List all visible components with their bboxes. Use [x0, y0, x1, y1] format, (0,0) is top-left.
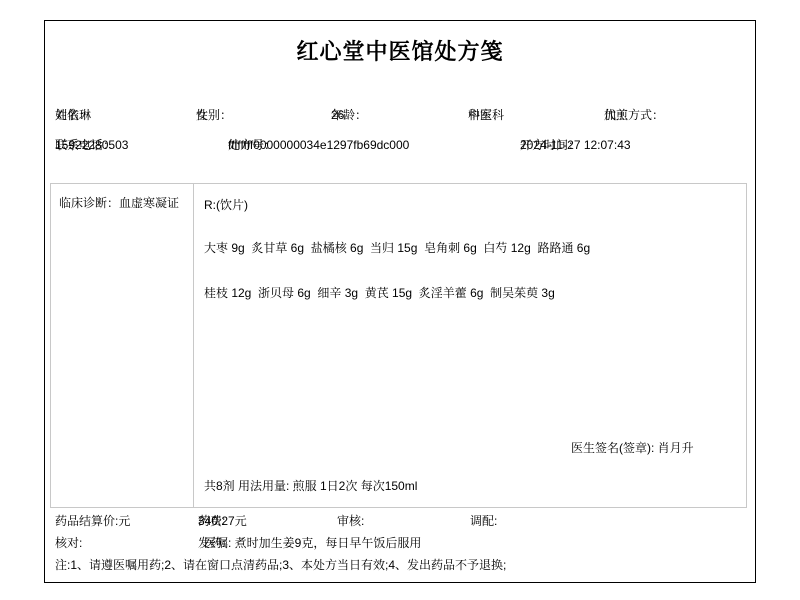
rx-header: R:(饮片)	[204, 196, 248, 213]
footer-row-3: 注:1、请遵医嘱用药;2、请在窗口点清药品;3、本处方当日有效;4、发出药品不予…	[45, 557, 755, 573]
check-field: 核对:	[55, 535, 82, 551]
diagnosis-cell: 临床诊断：血虚寒凝证	[51, 184, 194, 507]
phone-value: 15922280503	[55, 137, 128, 153]
patient-age-value: 26	[331, 107, 344, 123]
prescription-page: 红心堂中医馆处方笺 姓名：刘依琳 性别：女 年龄：26 科室：中医科 加工方式：…	[0, 0, 800, 600]
dispense-field: 调配:	[470, 513, 497, 529]
prescription-sheet: 红心堂中医馆处方笺 姓名：刘依琳 性别：女 年龄：26 科室：中医科 加工方式：…	[44, 20, 756, 583]
patient-name-value: 刘依琳	[55, 107, 91, 123]
diagnosis-value: 血虚寒凝证	[119, 196, 179, 210]
herb-line: 桂枝 12g 浙贝母 6g 细辛 3g 黄芪 15g 炙淫羊藿 6g 制吴茱萸 …	[204, 285, 738, 302]
issue-time-value: 2024-11-27 12:07:43	[520, 137, 631, 153]
settle-price-field: 药品结算价:元	[55, 513, 130, 529]
note-line: 注:1、请遵医嘱用药;2、请在窗口点清药品;3、本处方当日有效;4、发出药品不予…	[55, 557, 506, 573]
diagnosis-label: 临床诊断：	[59, 196, 119, 210]
herb-lines: 大枣 9g 炙甘草 6g 盐橘核 6g 当归 15g 皂角刺 6g 白芍 12g…	[204, 240, 738, 330]
patient-info-row-1: 姓名：刘依琳 性别：女 年龄：26 科室：中医科 加工方式：代煎	[45, 107, 755, 123]
footer-row-2: 核对: 发药:	[45, 535, 755, 551]
footer-row-1: 药品结算价:元 药费: 340.27元 审核: 调配:	[45, 513, 755, 529]
fee-value: 340.27元	[198, 513, 247, 529]
prescription-no-value: ffffffff0000000034e1297fb69dc000	[228, 137, 409, 153]
patient-gender-value: 女	[196, 107, 208, 123]
dosage-line: 共8剂 用法用量: 煎服 1日2次 每次150ml	[204, 477, 574, 496]
page-title: 红心堂中医馆处方笺	[45, 35, 755, 66]
herb-line: 大枣 9g 炙甘草 6g 盐橘核 6g 当归 15g 皂角刺 6g 白芍 12g…	[204, 240, 738, 257]
review-field: 审核:	[337, 513, 364, 529]
patient-department-value: 中医科	[468, 107, 504, 123]
rx-cell: R:(饮片) 大枣 9g 炙甘草 6g 盐橘核 6g 当归 15g 皂角刺 6g…	[194, 184, 746, 507]
issue-field: 发药:	[198, 535, 225, 551]
doctor-signature: 医生签名(签章): 肖月升	[571, 439, 739, 458]
patient-info-row-2: 联系电话：15922280503 处方号：ffffffff0000000034e…	[45, 137, 755, 153]
prescription-table: 临床诊断：血虚寒凝证 R:(饮片) 大枣 9g 炙甘草 6g 盐橘核 6g 当归…	[50, 183, 747, 508]
processing-method-value: 代煎	[604, 107, 628, 123]
